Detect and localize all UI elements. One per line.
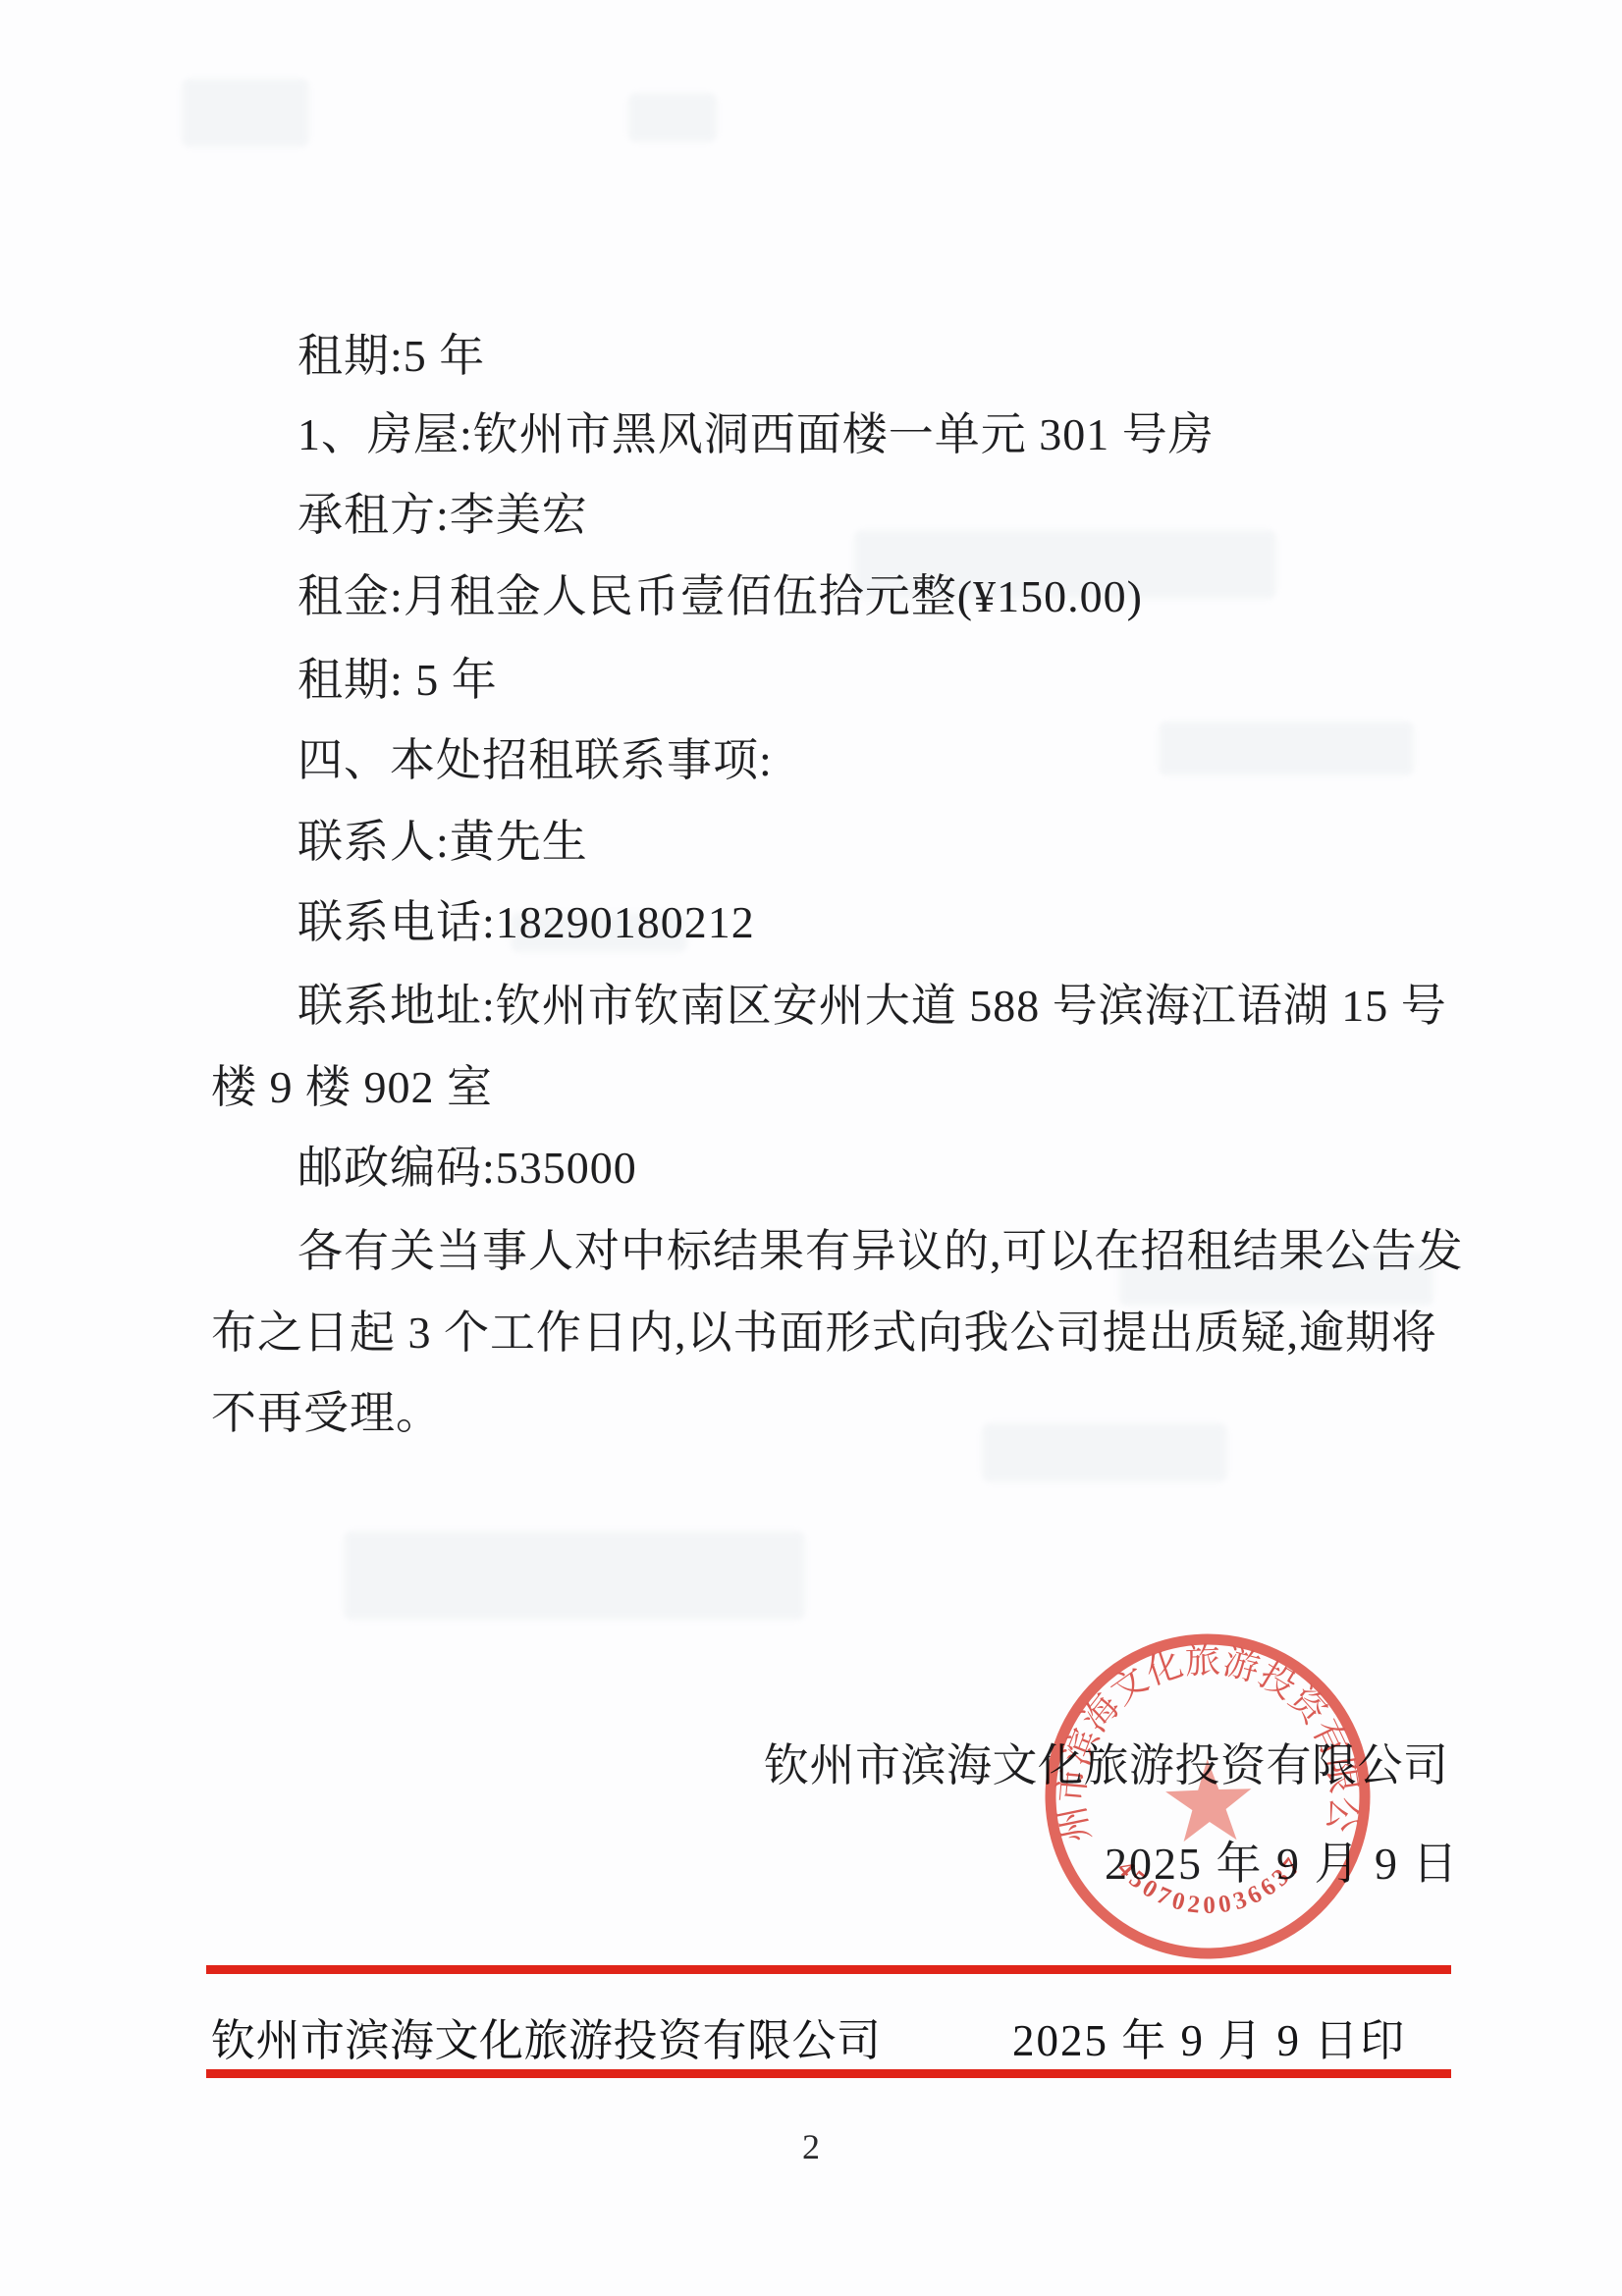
bleed-through-smudge <box>1159 721 1414 775</box>
line-lease-term-2: 租期: 5 年 <box>297 656 498 705</box>
line-objection-2: 布之日起 3 个工作日内,以书面形式向我公司提出质疑,逾期将 <box>211 1308 1437 1358</box>
line-lease-term-1: 租期:5 年 <box>297 332 485 381</box>
page-number: 2 <box>0 2126 1622 2167</box>
bleed-through-smudge <box>628 93 717 142</box>
line-contact-person: 联系人:黄先生 <box>297 818 588 867</box>
footer-print-date: 2025 年 9 月 9 日印 <box>1012 2004 1406 2068</box>
footer-bottom-rule <box>206 2069 1451 2078</box>
bleed-through-smudge <box>344 1531 805 1620</box>
bleed-through-smudge <box>982 1423 1227 1482</box>
company-seal: 钦州市滨海文化旅游投资有限公司 4507020036637 <box>1028 1617 1387 1976</box>
line-address-wrap: 楼 9 楼 902 室 <box>211 1063 493 1112</box>
line-house-address: 1、房屋:钦州市黑风洞西面楼一单元 301 号房 <box>297 410 1215 459</box>
footer-company-name: 钦州市滨海文化旅游投资有限公司 <box>211 2004 882 2068</box>
line-objection-1: 各有关当事人对中标结果有异议的,可以在招租结果公告发 <box>297 1227 1464 1276</box>
seal-star-icon <box>1164 1757 1253 1842</box>
line-section-heading: 四、本处招租联系事项: <box>297 736 773 785</box>
bleed-through-smudge <box>182 79 309 147</box>
footer-top-rule <box>206 1965 1451 1974</box>
line-postal-code: 邮政编码:535000 <box>297 1144 637 1193</box>
seal-serial-number: 4507020036637 <box>1111 1849 1311 1922</box>
line-tenant: 承租方:李美宏 <box>297 491 588 540</box>
line-rent-amount: 租金:月租金人民币壹佰伍拾元整(¥150.00) <box>297 572 1143 621</box>
line-contact-phone: 联系电话:18290180212 <box>297 898 755 947</box>
document-page: 租期:5 年 1、房屋:钦州市黑风洞西面楼一单元 301 号房 承租方:李美宏 … <box>0 0 1622 2296</box>
line-contact-address: 联系地址:钦州市钦南区安州大道 588 号滨海江语湖 15 号 <box>297 982 1447 1031</box>
line-objection-3: 不再受理。 <box>211 1389 442 1438</box>
